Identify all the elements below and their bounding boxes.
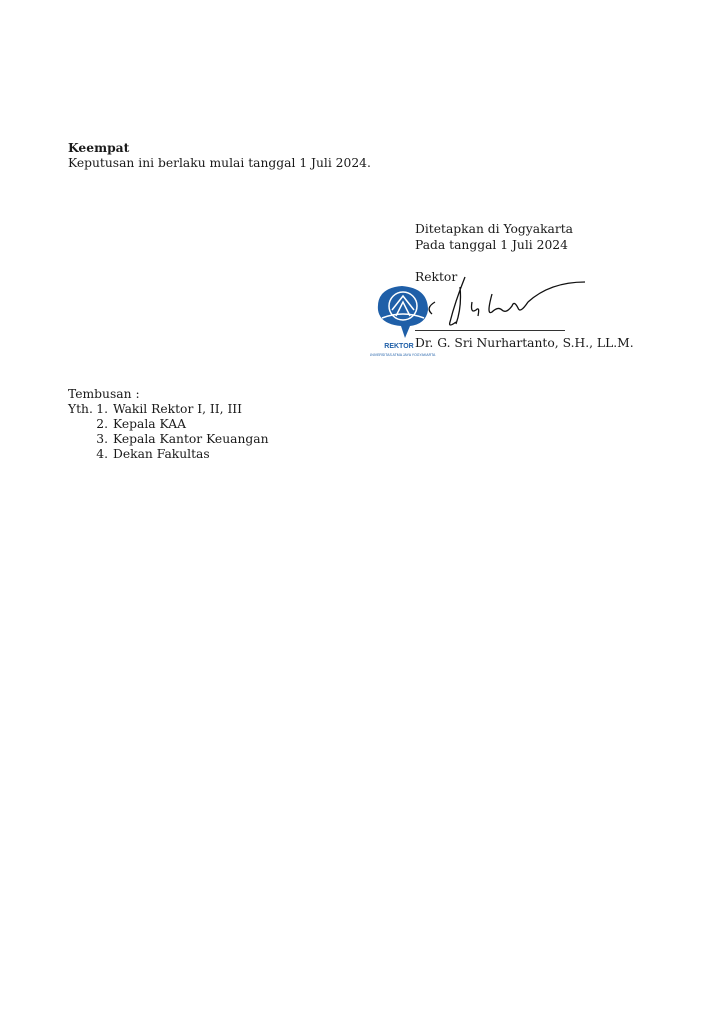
item-text: Dekan Fakultas — [113, 447, 210, 462]
tembusan-prefix: Yth. — [68, 402, 92, 417]
list-item: 4. Dekan Fakultas — [68, 447, 269, 462]
item-number: 4. — [92, 447, 108, 462]
signature-line — [415, 330, 565, 331]
tembusan-list: Yth. 1. Wakil Rektor I, II, III 2. Kepal… — [68, 402, 269, 462]
stamp-label: REKTOR — [384, 343, 413, 350]
section-heading: Keempat — [68, 140, 129, 155]
item-text: Wakil Rektor I, II, III — [113, 402, 242, 417]
stamp-sub: UNIVERSITAS ATMA JAYA YOGYAKARTA — [370, 353, 436, 357]
list-item: 2. Kepala KAA — [68, 417, 269, 432]
tembusan-heading: Tembusan : — [68, 387, 140, 402]
item-text: Kepala Kantor Keuangan — [113, 432, 269, 447]
list-item: Yth. 1. Wakil Rektor I, II, III — [68, 402, 269, 417]
section-text: Keputusan ini berlaku mulai tanggal 1 Ju… — [68, 156, 371, 171]
signature-icon — [420, 272, 590, 342]
signature-date: Pada tanggal 1 Juli 2024 — [415, 238, 568, 253]
list-item: 3. Kepala Kantor Keuangan — [68, 432, 269, 447]
signatory-name: Dr. G. Sri Nurhartanto, S.H., LL.M. — [415, 336, 634, 351]
item-number: 2. — [92, 417, 108, 432]
item-text: Kepala KAA — [113, 417, 186, 432]
item-number: 1. — [92, 402, 108, 417]
signature-place: Ditetapkan di Yogyakarta — [415, 222, 573, 237]
item-number: 3. — [92, 432, 108, 447]
